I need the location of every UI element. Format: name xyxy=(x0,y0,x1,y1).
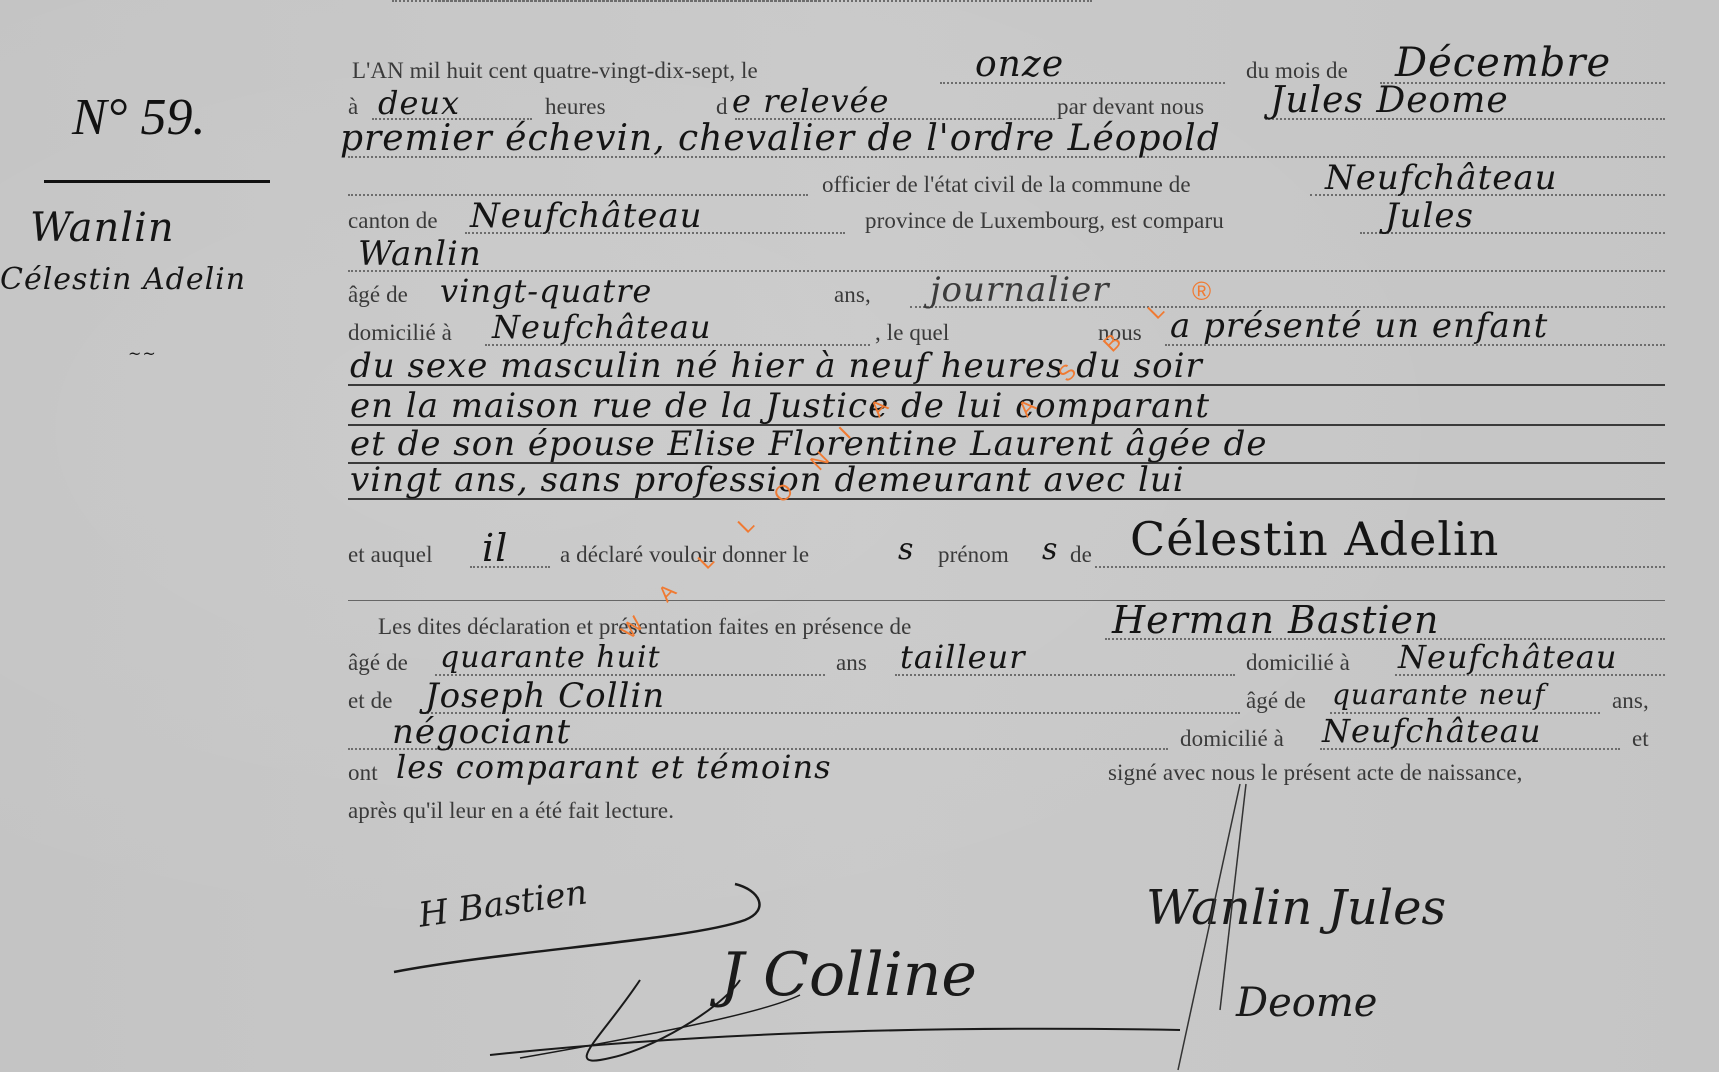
printed-line-20a: ont xyxy=(348,760,378,786)
signature-stroke xyxy=(1170,780,1250,1072)
field-canton: Neufchâteau xyxy=(470,196,703,236)
field-declarant-domicile: Neufchâteau xyxy=(492,308,711,346)
printed-line-8b: , le quel xyxy=(875,320,949,346)
margin-surname: Wanlin xyxy=(30,205,175,251)
field-witness2-name: Joseph Collin xyxy=(425,676,665,716)
field-declarant-first: Jules xyxy=(1385,196,1474,236)
printed-line-4: officier de l'état civil de la commune d… xyxy=(822,172,1191,198)
printed-line-17b: ans xyxy=(836,650,867,676)
printed-line-19b: et xyxy=(1632,726,1649,752)
printed-line-14c: prénom xyxy=(938,542,1009,568)
field-witness1-age: quarante huit xyxy=(440,640,661,675)
printed-line-17a: âgé de xyxy=(348,650,408,676)
field-commune: Neufchâteau xyxy=(1325,158,1558,198)
field-officer-title: premier échevin, chevalier de l'ordre Lé… xyxy=(340,118,1221,159)
field-period: e relevée xyxy=(732,82,889,120)
printed-line-2d: par devant nous xyxy=(1057,94,1204,120)
body-line-4: vingt ans, sans profession demeurant ave… xyxy=(350,460,1185,500)
printed-line-8a: domicilié à xyxy=(348,320,452,346)
printed-line-18b: âgé de xyxy=(1246,688,1306,714)
margin-mark: ~~ xyxy=(128,344,157,363)
field-plural-s-2: s xyxy=(1042,532,1058,567)
field-plural-s-1: s xyxy=(898,532,914,567)
field-witness2-domicile: Neufchâteau xyxy=(1322,712,1541,750)
printed-line-5a: canton de xyxy=(348,208,438,234)
field-presented: a présenté un enfant xyxy=(1170,306,1548,346)
field-given-names: Célestin Adelin xyxy=(1130,512,1499,566)
dotline xyxy=(1095,566,1665,568)
field-declarant-occupation: journalier xyxy=(930,270,1109,310)
printed-line-7b: ans, xyxy=(834,282,871,308)
signature-flourish-2 xyxy=(480,960,1200,1072)
printed-line-17c: domicilié à xyxy=(1246,650,1350,676)
printed-line-18a: et de xyxy=(348,688,393,714)
margin-given-names: Célestin Adelin xyxy=(0,262,246,297)
printed-line-5b: province de Luxembourg, est comparu xyxy=(865,208,1224,234)
printed-line-19a: domicilié à xyxy=(1180,726,1284,752)
field-pronoun: il xyxy=(482,526,508,570)
field-witness1-domicile: Neufchâteau xyxy=(1398,638,1617,676)
field-officer-name: Jules Deome xyxy=(1270,80,1509,121)
field-witness2-age: quarante neuf xyxy=(1332,678,1545,711)
act-number-underline xyxy=(44,180,270,183)
field-witness2-occupation: négociant xyxy=(392,712,571,752)
field-hour: deux xyxy=(378,84,460,122)
field-declarant-last: Wanlin xyxy=(358,234,482,274)
field-witness1-occupation: tailleur xyxy=(900,638,1025,676)
field-day: onze xyxy=(975,44,1064,85)
printed-line-18c: ans, xyxy=(1612,688,1649,714)
body-line-2: en la maison rue de la Justice de lui co… xyxy=(350,386,1210,426)
printed-line-21: après qu'il leur en a été fait lecture. xyxy=(348,798,674,824)
printed-line-1a: L'AN mil huit cent quatre-vingt-dix-sept… xyxy=(352,58,758,84)
printed-line-2b: heures xyxy=(545,94,606,120)
dotline xyxy=(392,0,1092,2)
printed-line-14d: de xyxy=(1070,542,1092,568)
field-witness1-name: Herman Bastien xyxy=(1112,598,1440,642)
field-declarant-age: vingt-quatre xyxy=(440,272,652,310)
ruled-line xyxy=(348,600,1665,601)
printed-line-2c: d xyxy=(716,94,728,120)
act-number: N° 59. xyxy=(72,88,205,147)
printed-line-14b: a déclaré vouloir donner le xyxy=(560,542,809,568)
field-signers: les comparant et témoins xyxy=(396,748,832,786)
printed-line-2a: à xyxy=(348,94,358,120)
printed-line-14a: et auquel xyxy=(348,542,433,568)
watermark-registered-symbol: ® xyxy=(1192,276,1211,307)
printed-line-7a: âgé de xyxy=(348,282,408,308)
signature-officer: Deome xyxy=(1236,980,1377,1026)
